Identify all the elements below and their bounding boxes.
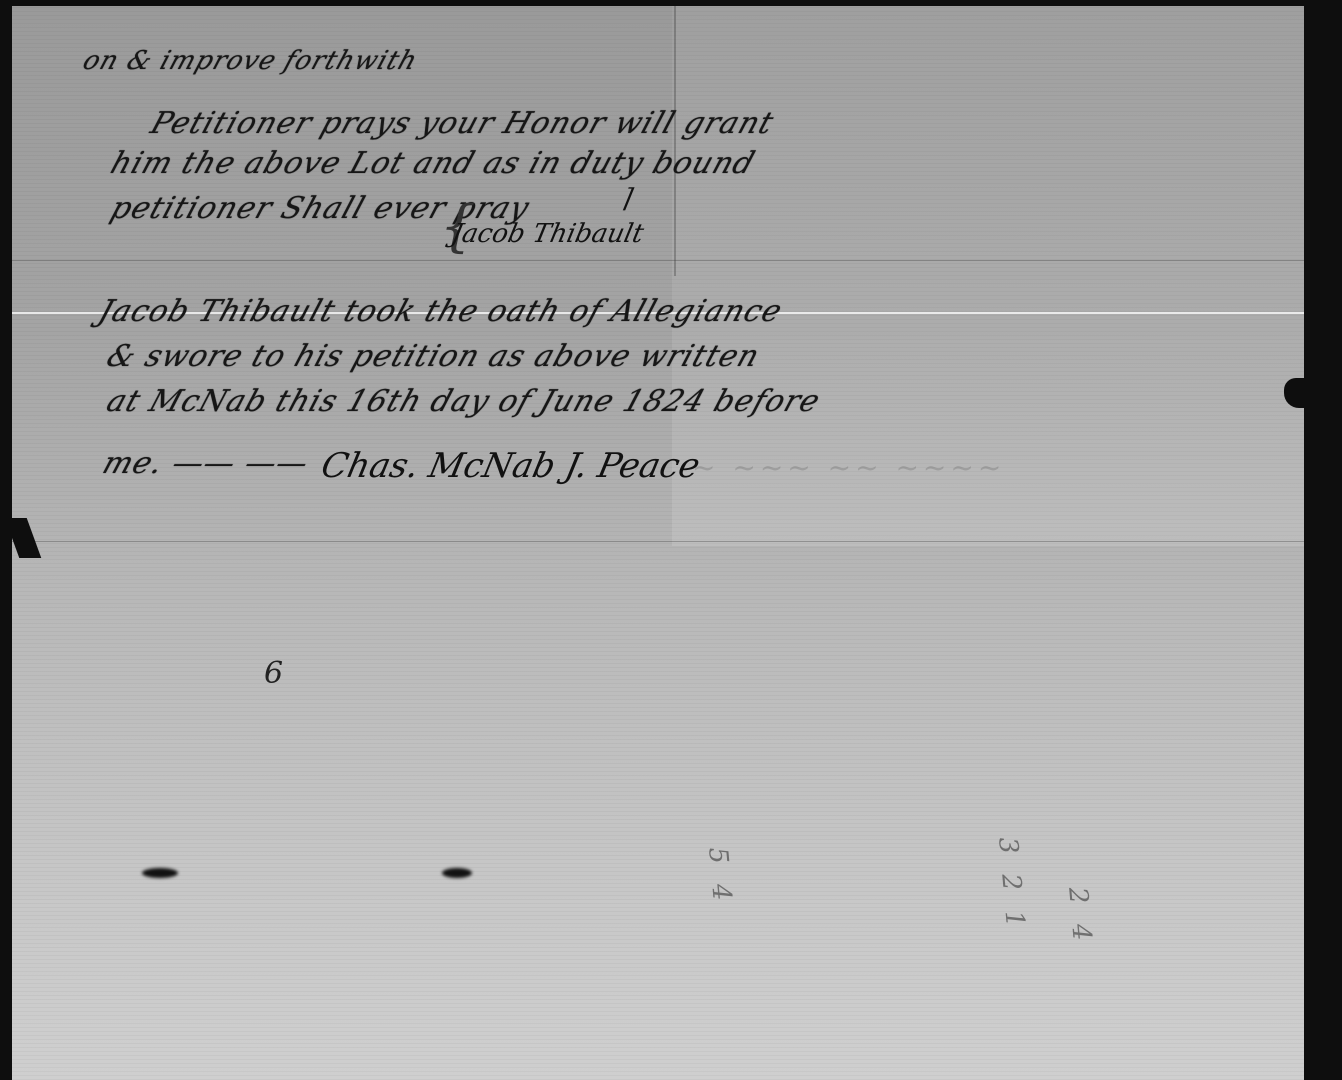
faint-marginal-figures: 5 4: [702, 846, 737, 908]
petition-line-3: him the above Lot and as in duty bound: [106, 146, 759, 181]
official-signature: Chas. McNab J. Peace: [318, 446, 704, 486]
petition-line-2: Petitioner prays your Honor will grant: [146, 106, 778, 141]
horizontal-fold-line: [12, 260, 1304, 261]
faint-marginal-figures: 3 2 1: [992, 836, 1030, 934]
ink-blot: [142, 868, 178, 878]
ink-blot: [442, 868, 472, 878]
faint-marginal-figures: 2 4: [1062, 886, 1097, 948]
petition-line-1: on & improve forthwith: [79, 46, 422, 76]
page-edge-notch: [5, 518, 42, 558]
signature-mark: ⌉: [619, 184, 636, 214]
oath-line-1: Jacob Thibault took the oath of Allegian…: [94, 294, 787, 329]
oath-line-4: me. —— ——: [98, 446, 313, 481]
page-edge-notch: [1284, 378, 1314, 408]
bleed-through-text: ~ ~~~ ~~ ~~~~: [692, 451, 1005, 484]
oath-line-2: & swore to his petition as above written: [102, 339, 764, 374]
oath-line-3: at McNab this 16th day of June 1824 befo…: [102, 384, 825, 419]
petitioner-signature: Jacob Thibault: [449, 219, 646, 249]
vertical-fold-line: [674, 6, 676, 276]
document-page: ~ ~~~ ~~ ~~~~ on & improve forthwith Pet…: [12, 6, 1304, 1080]
stray-numeral: 6: [264, 656, 283, 691]
horizontal-fold-line: [12, 541, 1304, 542]
